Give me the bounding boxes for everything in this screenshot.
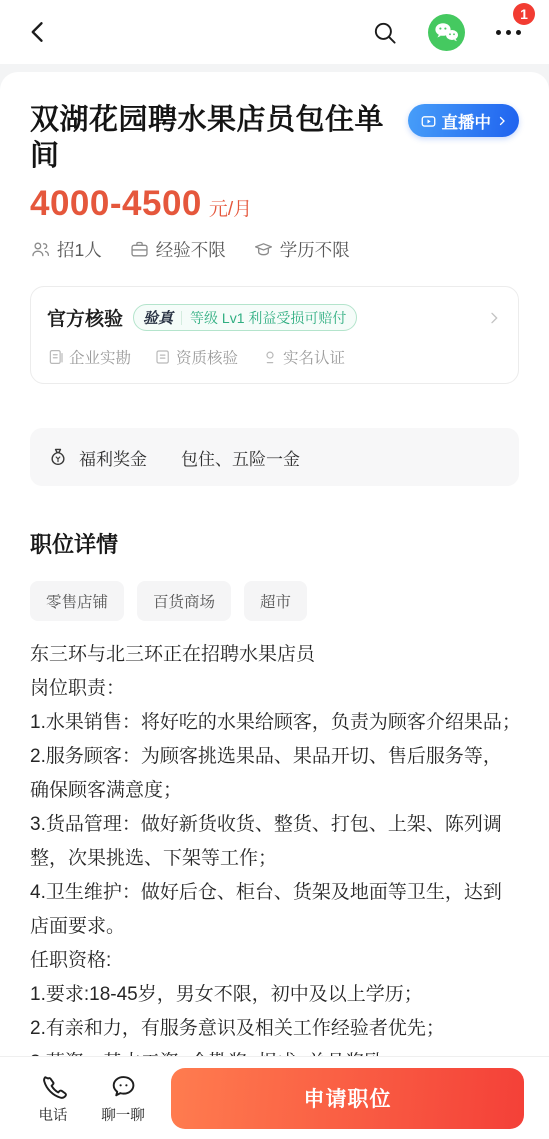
job-detail-screen: 1 双湖花园聘水果店员包住单间 直播中 bbox=[0, 0, 549, 1139]
briefcase-icon bbox=[129, 239, 150, 260]
job-title: 双湖花园聘水果店员包住单间 bbox=[30, 102, 408, 174]
official-verification-card[interactable]: 官方核验 验真 等级 Lv1 利益受损可赔付 企 bbox=[30, 286, 519, 384]
top-navigation-bar: 1 bbox=[0, 0, 549, 64]
search-icon bbox=[371, 19, 398, 46]
people-icon bbox=[30, 239, 51, 260]
description-line: 3.货品管理：做好新货收货、整货、打包、上架、陈列调 bbox=[30, 808, 519, 842]
description-line: 整，次果挑选、下架等工作； bbox=[30, 842, 519, 876]
tag-supermarket: 超市 bbox=[244, 581, 307, 621]
phone-icon bbox=[39, 1072, 68, 1101]
salary-range: 4000-4500 bbox=[30, 184, 202, 224]
job-card: 双湖花园聘水果店员包住单间 直播中 4000-4500 bbox=[0, 72, 549, 1139]
more-menu-button[interactable]: 1 bbox=[491, 15, 525, 49]
description-line: 1.水果销售：将好吃的水果给顾客，负责为顾客介绍果品； bbox=[30, 706, 519, 740]
tv-live-icon bbox=[420, 112, 437, 129]
document-icon bbox=[47, 348, 65, 366]
more-dots-icon bbox=[496, 30, 521, 35]
wechat-icon bbox=[428, 14, 465, 51]
description-line: 东三环与北三环正在招聘水果店员 bbox=[30, 638, 519, 672]
chat-bubble-icon bbox=[109, 1072, 138, 1101]
chevron-right-icon bbox=[496, 115, 508, 127]
verify-level-badge: 验真 等级 Lv1 利益受损可赔付 bbox=[133, 304, 357, 331]
section-title-job-details: 职位详情 bbox=[30, 528, 519, 559]
wechat-share-button[interactable] bbox=[429, 15, 463, 49]
verify-item-qualification: 资质核验 bbox=[154, 346, 238, 368]
chevron-right-icon bbox=[486, 310, 502, 326]
phone-button[interactable]: 电话 bbox=[25, 1072, 81, 1125]
category-tags: 零售店铺 百货商场 超市 bbox=[30, 581, 519, 621]
verify-level-text: 等级 Lv1 利益受损可赔付 bbox=[190, 308, 346, 328]
bottom-action-bar: 电话 聊一聊 申请职位 bbox=[0, 1056, 549, 1139]
apply-job-button[interactable]: 申请职位 bbox=[171, 1068, 524, 1129]
person-icon bbox=[261, 348, 279, 366]
benefit-label: 福利奖金 bbox=[79, 445, 147, 470]
chat-button[interactable]: 聊一聊 bbox=[95, 1072, 151, 1125]
live-streaming-badge[interactable]: 直播中 bbox=[408, 104, 520, 137]
description-line: 1.要求:18-45岁，男女不限，初中及以上学历； bbox=[30, 978, 519, 1012]
money-bag-icon bbox=[47, 446, 69, 468]
description-line: 4.卫生维护：做好后仓、柜台、货架及地面等卫生，达到 bbox=[30, 876, 519, 910]
tag-retail-store: 零售店铺 bbox=[30, 581, 124, 621]
graduation-cap-icon bbox=[253, 239, 274, 260]
description-line: 任职资格: bbox=[30, 944, 519, 978]
content-area: 双湖花园聘水果店员包住单间 直播中 4000-4500 bbox=[0, 64, 549, 1139]
back-button[interactable] bbox=[24, 17, 54, 47]
verify-item-company: 企业实勘 bbox=[47, 346, 131, 368]
description-line: 确保顾客满意度； bbox=[30, 774, 519, 808]
badge-divider bbox=[181, 311, 182, 325]
description-line: 店面要求。 bbox=[30, 910, 519, 944]
chevron-left-icon bbox=[24, 18, 52, 46]
description-line: 岗位职责： bbox=[30, 672, 519, 706]
chat-label: 聊一聊 bbox=[101, 1104, 145, 1125]
meta-education: 学历不限 bbox=[253, 237, 350, 262]
document-check-icon bbox=[154, 348, 172, 366]
search-button[interactable] bbox=[367, 15, 401, 49]
verify-brand-logo: 验真 bbox=[143, 307, 173, 328]
tag-department-store: 百货商场 bbox=[137, 581, 231, 621]
salary-unit: 元/月 bbox=[209, 194, 252, 221]
verify-title: 官方核验 bbox=[47, 304, 123, 331]
meta-experience: 经验不限 bbox=[129, 237, 226, 262]
benefits-bar: 福利奖金 包住、五险一金 bbox=[30, 428, 519, 486]
description-line: 2.服务顾客：为顾客挑选果品、果品开切、售后服务等， bbox=[30, 740, 519, 774]
live-badge-label: 直播中 bbox=[442, 109, 492, 133]
notification-badge: 1 bbox=[513, 3, 535, 25]
meta-headcount: 招1人 bbox=[30, 237, 102, 262]
job-description: 东三环与北三环正在招聘水果店员 岗位职责： 1.水果销售：将好吃的水果给顾客，负… bbox=[30, 638, 519, 1114]
description-line: 2.有亲和力，有服务意识及相关工作经验者优先； bbox=[30, 1012, 519, 1046]
benefit-value: 包住、五险一金 bbox=[181, 445, 300, 470]
verify-item-realname: 实名认证 bbox=[261, 346, 345, 368]
phone-label: 电话 bbox=[39, 1104, 68, 1125]
